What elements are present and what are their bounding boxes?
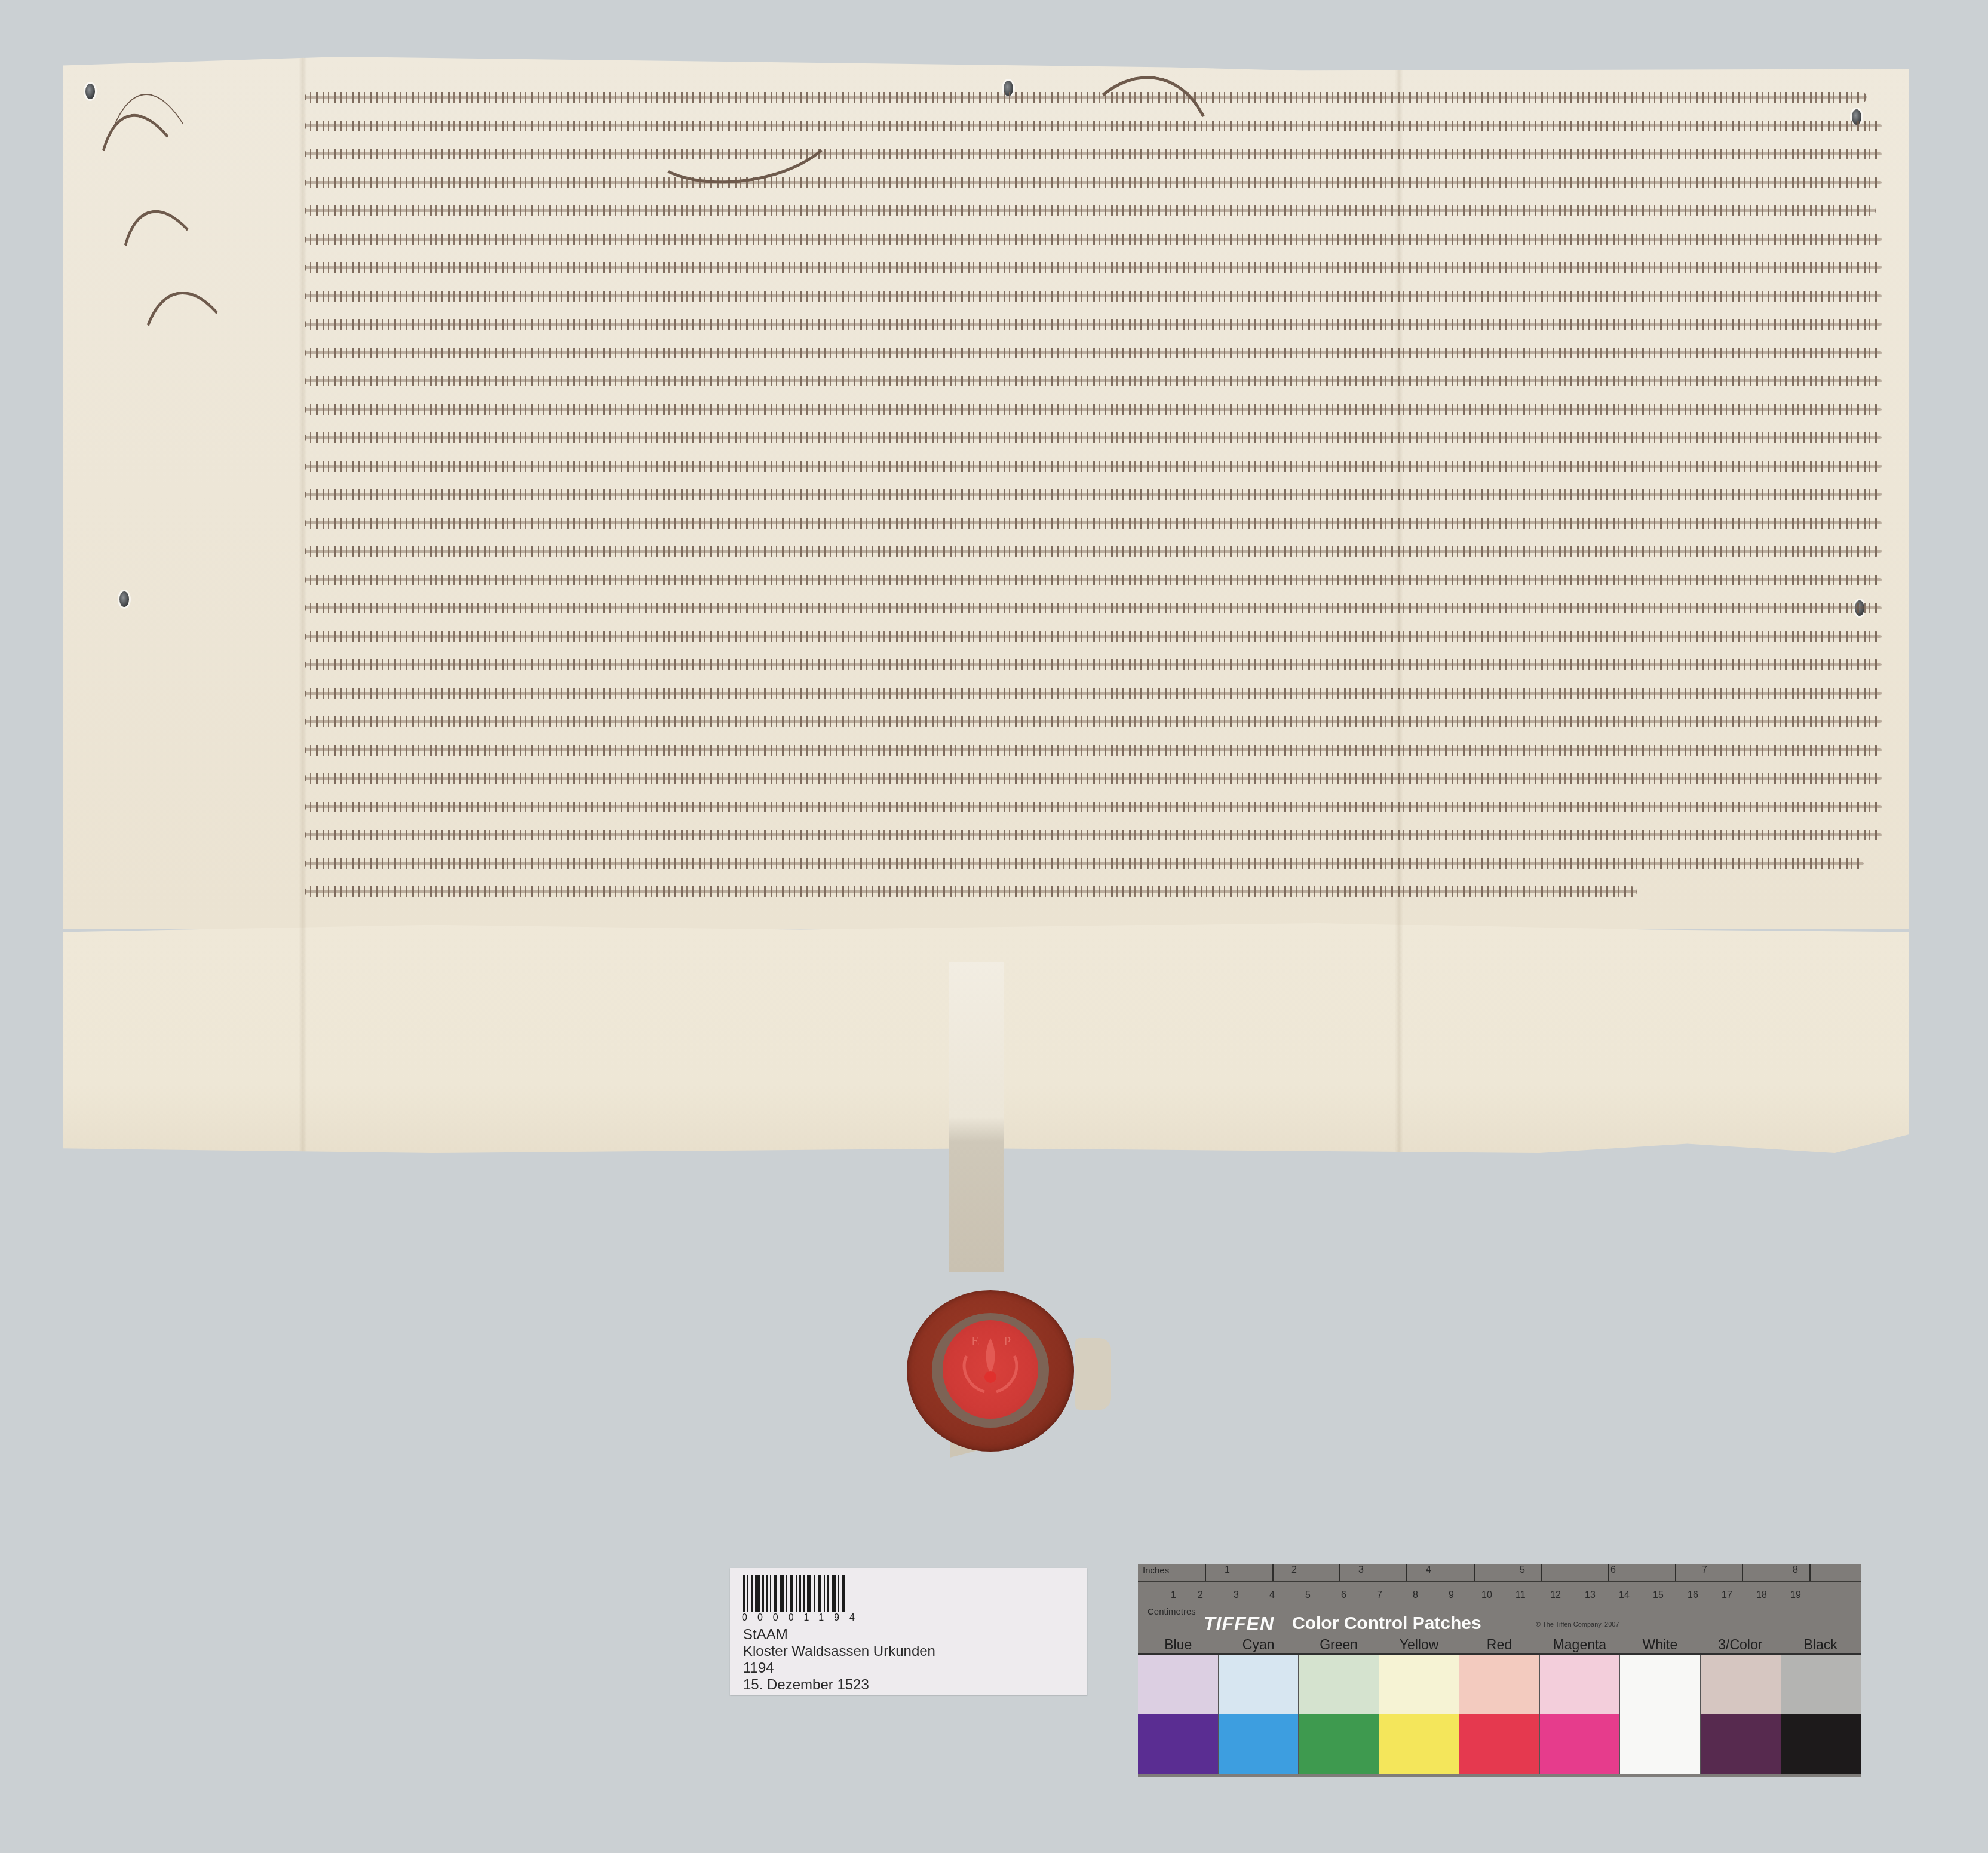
coat-of-arms-icon bbox=[943, 1320, 1038, 1419]
ruler-inches: Inches 1 2 3 4 5 6 7 8 bbox=[1138, 1564, 1861, 1582]
tiffen-logo: TIFFEN bbox=[1204, 1613, 1274, 1635]
patch-white bbox=[1620, 1655, 1701, 1774]
patch-label-magenta: Magenta bbox=[1539, 1637, 1619, 1655]
seal-strap-end bbox=[1075, 1338, 1111, 1410]
chart-copyright: © The Tiffen Company, 2007 bbox=[1536, 1621, 1619, 1628]
script-line bbox=[305, 765, 1882, 793]
patch-label-3color: 3/Color bbox=[1700, 1637, 1780, 1655]
script-line bbox=[305, 283, 1882, 311]
script-line bbox=[305, 226, 1882, 254]
charter-text bbox=[305, 84, 1882, 907]
patch-label-green: Green bbox=[1299, 1637, 1379, 1655]
patch-label-black: Black bbox=[1781, 1637, 1861, 1655]
script-line bbox=[305, 84, 1882, 112]
script-line bbox=[305, 708, 1882, 737]
patch-green bbox=[1299, 1655, 1379, 1774]
seal-strap bbox=[949, 962, 1004, 1272]
punch-hole bbox=[119, 591, 129, 607]
script-line bbox=[305, 566, 1882, 595]
patch-label-yellow: Yellow bbox=[1379, 1637, 1459, 1655]
script-line bbox=[305, 737, 1882, 765]
patch-cyan bbox=[1219, 1655, 1299, 1774]
script-line bbox=[305, 651, 1882, 680]
collection-name: Kloster Waldsassen Urkunden bbox=[743, 1645, 935, 1659]
script-line bbox=[305, 850, 1882, 879]
punch-hole bbox=[85, 84, 95, 99]
script-line bbox=[305, 538, 1882, 566]
chart-title: Color Control Patches bbox=[1292, 1613, 1481, 1634]
barcode-number: 00001194 bbox=[742, 1613, 865, 1624]
seal-face: E P bbox=[943, 1320, 1038, 1419]
ruler-cm-label: Centimetres bbox=[1148, 1607, 1196, 1617]
fold-crease bbox=[299, 923, 307, 1153]
script-line bbox=[305, 623, 1882, 652]
script-line bbox=[305, 424, 1882, 453]
patch-label-red: Red bbox=[1459, 1637, 1539, 1655]
color-control-chart: Inches 1 2 3 4 5 6 7 8 1 2 3 4 5 6 7 8 9… bbox=[1138, 1564, 1861, 1777]
patch-blue bbox=[1138, 1655, 1219, 1774]
script-line bbox=[305, 367, 1882, 396]
patch-label-cyan: Cyan bbox=[1218, 1637, 1298, 1655]
script-line bbox=[305, 339, 1882, 368]
script-line bbox=[305, 680, 1882, 708]
archive-name: StAAM bbox=[743, 1628, 788, 1642]
wax-seal: E P bbox=[907, 1290, 1074, 1452]
script-line bbox=[305, 481, 1882, 510]
ruler-inches-label: Inches bbox=[1143, 1566, 1169, 1576]
script-line bbox=[305, 396, 1882, 425]
script-line bbox=[305, 510, 1882, 538]
fold-crease bbox=[1395, 923, 1403, 1153]
patch-label-blue: Blue bbox=[1138, 1637, 1218, 1655]
script-line bbox=[305, 453, 1882, 481]
patch-labels: Blue Cyan Green Yellow Red Magenta White… bbox=[1138, 1637, 1861, 1655]
color-patches bbox=[1138, 1653, 1861, 1774]
script-line bbox=[305, 140, 1882, 169]
script-line bbox=[305, 169, 1882, 198]
script-line bbox=[305, 594, 1882, 623]
script-line bbox=[305, 311, 1882, 339]
script-line bbox=[305, 112, 1882, 141]
document-number: 1194 bbox=[743, 1661, 774, 1676]
barcode bbox=[743, 1575, 863, 1612]
patch-label-white: White bbox=[1620, 1637, 1700, 1655]
patch-yellow bbox=[1379, 1655, 1460, 1774]
script-line bbox=[305, 878, 1882, 907]
script-line bbox=[305, 821, 1882, 850]
script-line bbox=[305, 254, 1882, 283]
patch-black bbox=[1781, 1655, 1861, 1774]
patch-3color bbox=[1701, 1655, 1781, 1774]
archive-label-card: 00001194 StAAM Kloster Waldsassen Urkund… bbox=[730, 1568, 1087, 1695]
script-line bbox=[305, 793, 1882, 822]
patch-magenta bbox=[1540, 1655, 1621, 1774]
script-line bbox=[305, 197, 1882, 226]
document-date: 15. Dezember 1523 bbox=[743, 1678, 869, 1692]
patch-red bbox=[1459, 1655, 1540, 1774]
